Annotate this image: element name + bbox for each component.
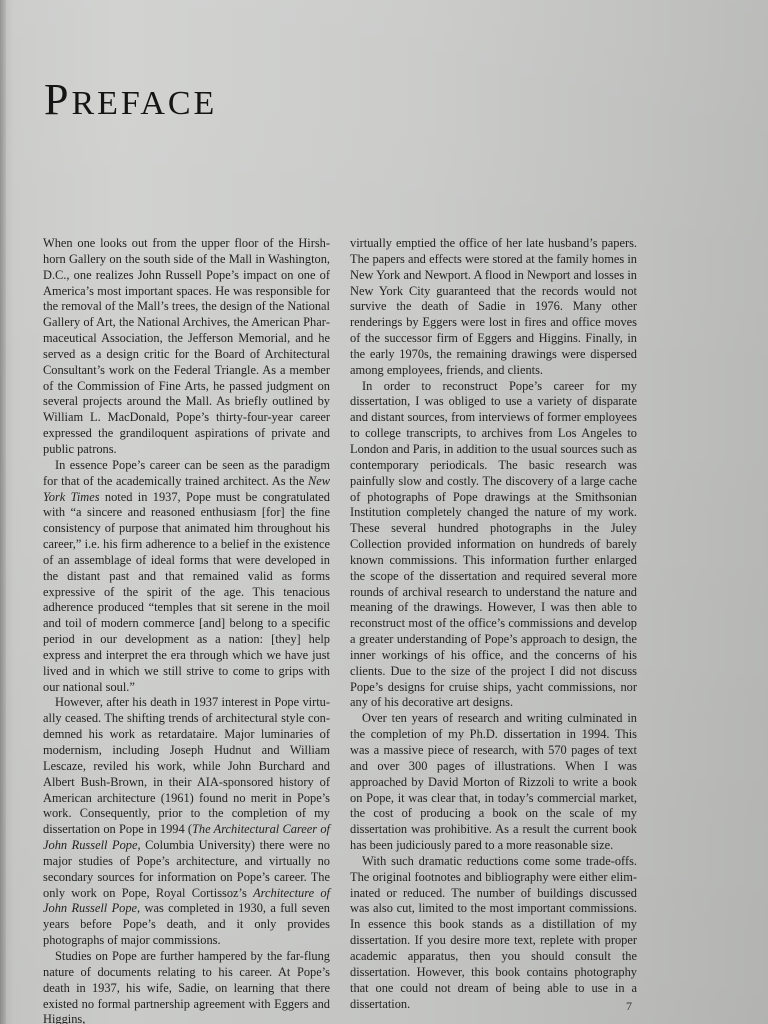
paragraph-2-text-b: noted in 1937, Pope must be congratulate… bbox=[43, 490, 330, 694]
paragraph-6: In order to reconstruct Pope’s career fo… bbox=[350, 379, 637, 712]
paragraph-5: virtually emptied the office of her late… bbox=[350, 236, 637, 379]
right-text-column: virtually emptied the office of her late… bbox=[350, 236, 637, 1012]
page-binding-edge bbox=[0, 0, 6, 1024]
paragraph-3-text-a: However, after his death in 1937 interes… bbox=[43, 695, 330, 836]
page-number: 7 bbox=[626, 999, 632, 1014]
paragraph-7: Over ten years of research and writing c… bbox=[350, 711, 637, 854]
paragraph-2: In essence Pope’s career can be seen as … bbox=[43, 458, 330, 696]
paragraph-2-text-a: In essence Pope’s career can be seen as … bbox=[43, 458, 330, 488]
left-text-column: When one looks out from the upper floor … bbox=[43, 236, 330, 1024]
title-rest: REFACE bbox=[71, 85, 217, 122]
paragraph-1: When one looks out from the upper floor … bbox=[43, 236, 330, 458]
title-initial: P bbox=[44, 75, 71, 124]
page-title: PREFACE bbox=[44, 78, 217, 122]
paragraph-3: However, after his death in 1937 interes… bbox=[43, 695, 330, 949]
paragraph-4: Studies on Pope are further hampered by … bbox=[43, 949, 330, 1024]
paragraph-8: With such dramatic reductions come some … bbox=[350, 854, 637, 1012]
